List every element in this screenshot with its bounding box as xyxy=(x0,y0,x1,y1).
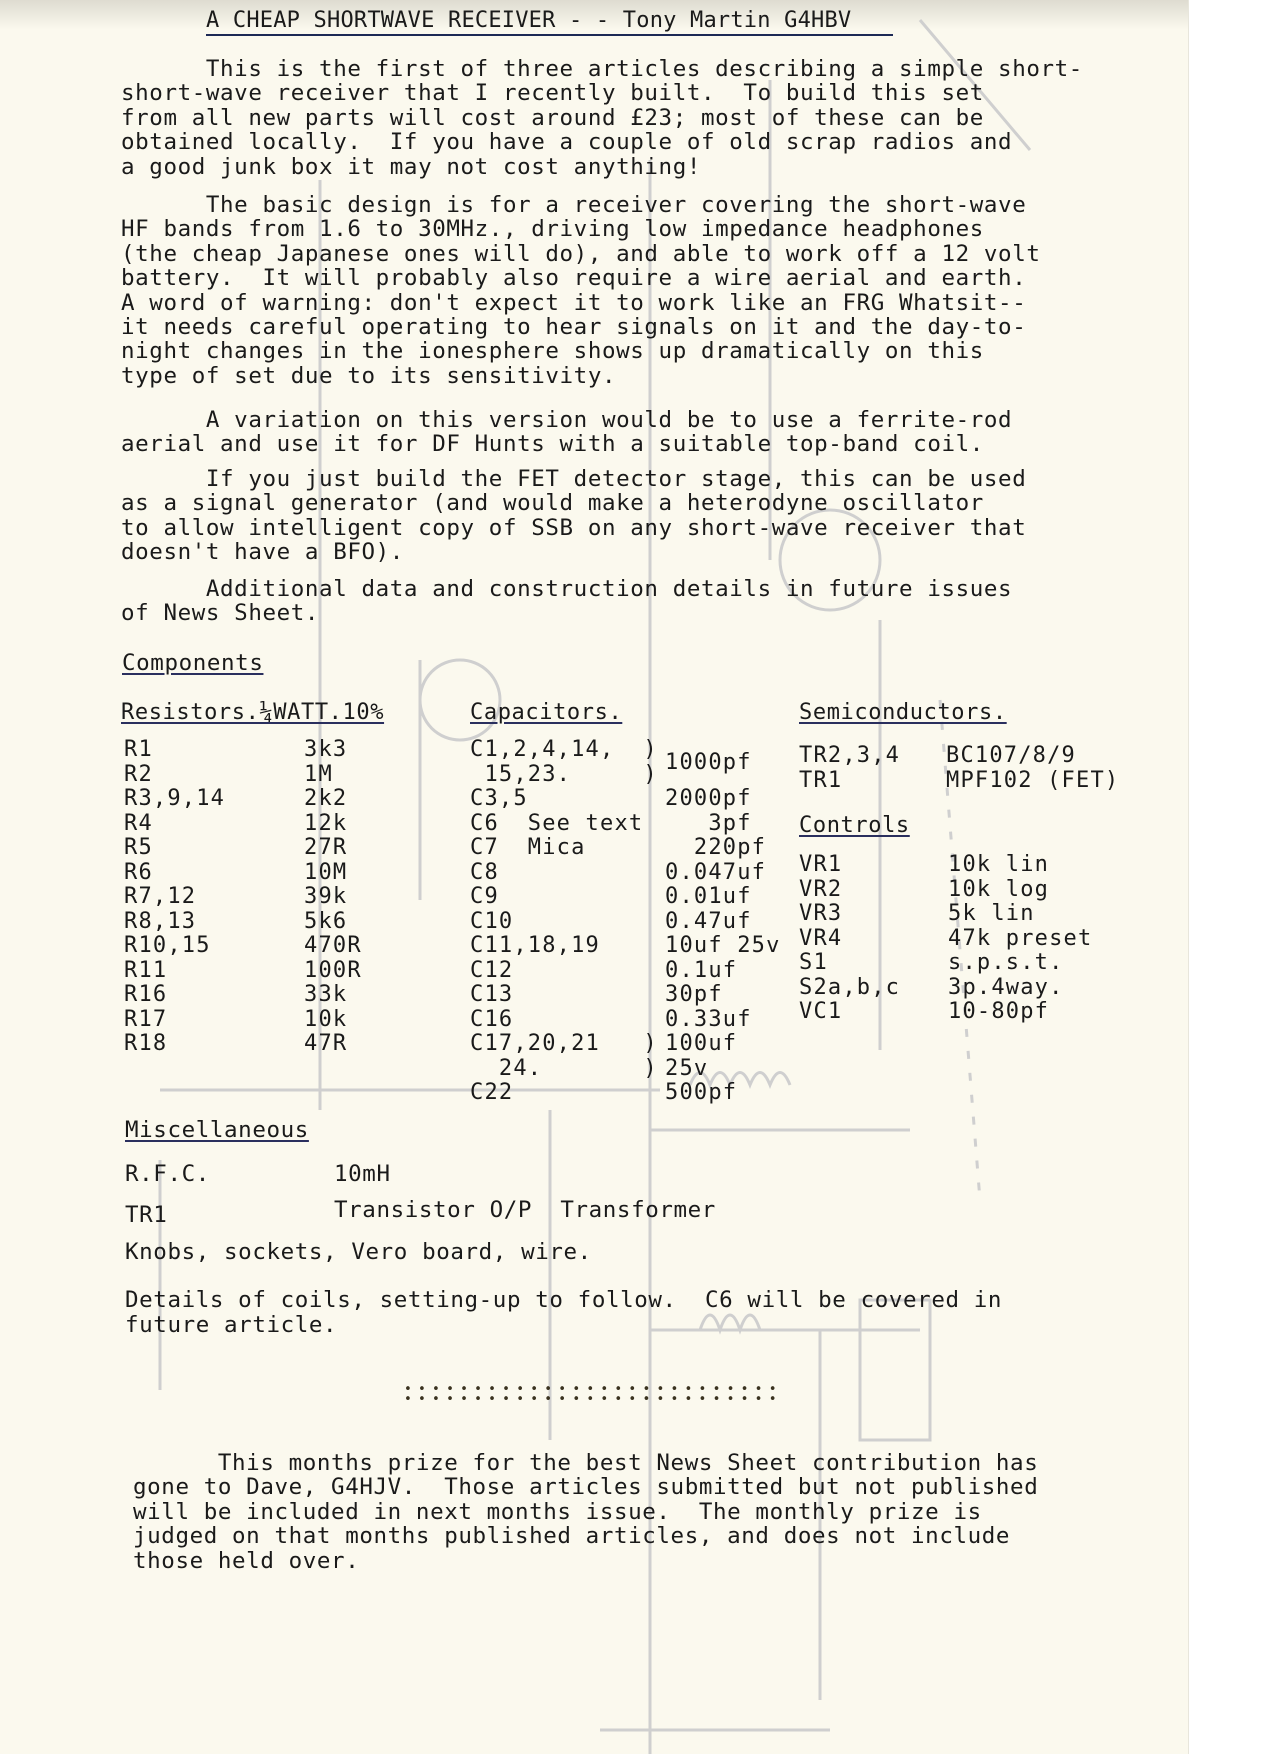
resistor-ref: R17 xyxy=(124,1007,167,1032)
capacitor-ref: C9 xyxy=(470,884,499,909)
control-value: s.p.s.t. xyxy=(948,950,1064,975)
article-title: A CHEAP SHORTWAVE RECEIVER - - Tony Mart… xyxy=(206,8,893,36)
prize-line: judged on that months published articles… xyxy=(133,1524,1010,1549)
body-line: Additional data and construction details… xyxy=(121,577,1012,602)
body-line: A variation on this version would be to … xyxy=(121,408,1012,433)
body-line: A word of warning: don't expect it to wo… xyxy=(121,291,1026,316)
prize-line: This months prize for the best News Shee… xyxy=(133,1451,1038,1476)
body-line: If you just build the FET detector stage… xyxy=(121,467,1026,492)
capacitor-ref: C7 Mica xyxy=(470,835,586,860)
misc-note-line-1: Details of coils, setting-up to follow. … xyxy=(125,1288,1002,1313)
capacitor-value: 0.047uf xyxy=(665,860,766,885)
body-line: from all new parts will cost around £23;… xyxy=(121,106,984,131)
resistors-heading: Resistors.¼WATT.10% xyxy=(121,700,384,725)
control-ref: VR4 xyxy=(799,926,842,951)
body-line: obtained locally. If you have a couple o… xyxy=(121,130,1012,155)
resistor-value: 47R xyxy=(304,1031,347,1056)
resistor-ref: R11 xyxy=(124,958,167,983)
body-line: This is the first of three articles desc… xyxy=(121,57,1083,82)
body-line: The basic design is for a receiver cover… xyxy=(121,193,1026,218)
capacitor-ref: C22 xyxy=(470,1080,513,1105)
resistor-ref: R3,9,14 xyxy=(124,786,225,811)
capacitor-ref: C13 xyxy=(470,982,513,1007)
control-value: 3p.4way. xyxy=(948,975,1064,1000)
capacitor-ref: C16 xyxy=(470,1007,513,1032)
body-line: as a signal generator (and would make a … xyxy=(121,491,984,516)
resistor-ref: R18 xyxy=(124,1031,167,1056)
resistor-value: 12k xyxy=(304,811,347,836)
capacitor-value: 500pf xyxy=(665,1080,737,1105)
control-ref: VR2 xyxy=(799,877,842,902)
resistor-ref: R7,12 xyxy=(124,884,196,909)
control-value: 47k preset xyxy=(948,926,1092,951)
capacitor-value: 1000pf xyxy=(665,750,752,775)
body-line: short-wave receiver that I recently buil… xyxy=(121,81,984,106)
body-line: it needs careful operating to hear signa… xyxy=(121,315,1026,340)
resistor-value: 5k6 xyxy=(304,909,347,934)
control-value: 5k lin xyxy=(948,901,1035,926)
section-separator: ••••••••••••••••••••••••••••••••••••••••… xyxy=(404,1385,783,1405)
capacitor-value: 10uf 25v xyxy=(665,933,781,958)
capacitor-value: 220pf xyxy=(665,835,766,860)
resistor-value: 1M xyxy=(304,762,333,787)
separator-dot-row: ••••••••••••••••••••••••••• xyxy=(404,1395,783,1405)
capacitor-ref: C8 xyxy=(470,860,499,885)
resistor-value: 33k xyxy=(304,982,347,1007)
capacitor-value: 0.01uf xyxy=(665,884,752,909)
body-line: to allow intelligent copy of SSB on any … xyxy=(121,516,1026,541)
body-line: type of set due to its sensitivity. xyxy=(121,364,616,389)
capacitor-ref: C12 xyxy=(470,958,513,983)
resistor-ref: R8,13 xyxy=(124,909,196,934)
semiconductor-value: BC107/8/9 xyxy=(946,743,1076,768)
capacitor-ref: C17,20,21 ) xyxy=(470,1031,658,1056)
resistor-ref: R10,15 xyxy=(124,933,211,958)
capacitor-ref: C3,5 xyxy=(470,786,528,811)
resistor-ref: R4 xyxy=(124,811,153,836)
control-ref: S1 xyxy=(799,950,828,975)
resistor-value: 2k2 xyxy=(304,786,347,811)
controls-heading: Controls xyxy=(799,813,910,838)
capacitor-ref: C10 xyxy=(470,909,513,934)
control-ref: S2a,b,c xyxy=(799,975,900,1000)
misc-note-line-2: future article. xyxy=(125,1313,337,1338)
misc-extras: Knobs, sockets, Vero board, wire. xyxy=(125,1240,592,1265)
resistor-ref: R2 xyxy=(124,762,153,787)
misc-heading: Miscellaneous xyxy=(125,1118,309,1143)
control-value: 10k log xyxy=(948,877,1049,902)
body-line: a good junk box it may not cost anything… xyxy=(121,155,701,180)
resistor-ref: R5 xyxy=(124,835,153,860)
resistor-value: 100R xyxy=(304,958,362,983)
components-heading: Components xyxy=(122,651,263,676)
capacitor-ref: C1,2,4,14, ) xyxy=(470,737,658,762)
capacitor-value: 25v xyxy=(665,1056,708,1081)
capacitor-ref: C6 See text xyxy=(470,811,643,836)
capacitor-value: 0.1uf xyxy=(665,958,737,983)
body-line: (the cheap Japanese ones will do), and a… xyxy=(121,242,1041,267)
misc-tr-value: Transistor O/P Transformer xyxy=(334,1198,716,1223)
resistor-value: 10k xyxy=(304,1007,347,1032)
capacitor-ref: 24. ) xyxy=(470,1056,658,1081)
capacitor-value: 0.47uf xyxy=(665,909,752,934)
capacitor-value: 2000pf xyxy=(665,786,752,811)
semiconductors-heading: Semiconductors. xyxy=(799,700,1007,725)
control-ref: VC1 xyxy=(799,999,842,1024)
resistor-ref: R16 xyxy=(124,982,167,1007)
resistor-value: 39k xyxy=(304,884,347,909)
body-line: doesn't have a BFO). xyxy=(121,540,404,565)
prize-line: those held over. xyxy=(133,1549,359,1574)
misc-tr-ref: TR1 xyxy=(125,1203,167,1228)
resistor-value: 10M xyxy=(304,860,347,885)
capacitor-value: 3pf xyxy=(665,811,752,836)
body-line: HF bands from 1.6 to 30MHz., driving low… xyxy=(121,217,984,242)
misc-rfc-ref: R.F.C. xyxy=(125,1162,210,1187)
resistor-ref: R1 xyxy=(124,737,153,762)
body-line: night changes in the ionesphere shows up… xyxy=(121,339,984,364)
capacitor-value: 30pf xyxy=(665,982,723,1007)
prize-line: will be included in next months issue. T… xyxy=(133,1500,982,1525)
body-line: of News Sheet. xyxy=(121,601,319,626)
control-value: 10k lin xyxy=(948,852,1049,877)
resistor-value: 3k3 xyxy=(304,737,347,762)
control-value: 10-80pf xyxy=(948,999,1049,1024)
resistor-ref: R6 xyxy=(124,860,153,885)
control-ref: VR1 xyxy=(799,852,842,877)
capacitors-heading: Capacitors. xyxy=(470,700,622,725)
misc-rfc-value: 10mH xyxy=(334,1162,391,1187)
prize-line: gone to Dave, G4HJV. Those articles subm… xyxy=(133,1475,1038,1500)
control-ref: VR3 xyxy=(799,901,842,926)
body-line: battery. It will probably also require a… xyxy=(121,266,1026,291)
semiconductor-ref: TR2,3,4 xyxy=(799,743,900,768)
semiconductor-value: MPF102 (FET) xyxy=(946,768,1119,793)
capacitor-value: 100uf xyxy=(665,1031,737,1056)
capacitor-ref: 15,23. ) xyxy=(470,762,658,787)
capacitor-ref: C11,18,19 xyxy=(470,933,600,958)
resistor-value: 27R xyxy=(304,835,347,860)
body-line: aerial and use it for DF Hunts with a su… xyxy=(121,432,984,457)
semiconductor-ref: TR1 xyxy=(799,768,842,793)
resistor-value: 470R xyxy=(304,933,362,958)
capacitor-value: 0.33uf xyxy=(665,1007,752,1032)
